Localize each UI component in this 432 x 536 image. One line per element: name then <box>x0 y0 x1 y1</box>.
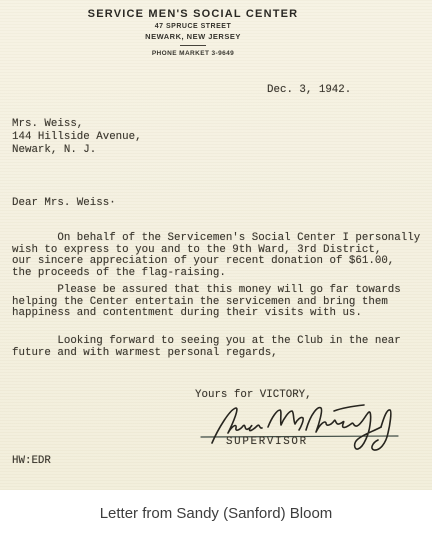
typist-reference: HW:EDR <box>12 456 51 468</box>
body-paragraph-2: Please be assured that this money will g… <box>12 285 401 320</box>
body-paragraph-3: Looking forward to seeing you at the Clu… <box>12 336 401 359</box>
letterhead: SERVICE MEN'S SOCIAL CENTER 47 SPRUCE ST… <box>0 8 386 57</box>
date-line: Dec. 3, 1942. <box>267 85 351 97</box>
body-paragraph-1: On behalf of the Servicemen's Social Cen… <box>12 233 420 280</box>
salutation: Dear Mrs. Weiss· <box>12 198 116 210</box>
letterhead-street: 47 SPRUCE STREET <box>0 23 386 30</box>
letterhead-divider <box>180 45 206 46</box>
letterhead-phone: PHONE MARKET 3-9649 <box>0 50 386 57</box>
recipient-address: Mrs. Weiss, 144 Hillside Avenue, Newark,… <box>12 118 142 157</box>
signature-handwriting <box>188 399 408 459</box>
photo-caption: Letter from Sandy (Sanford) Bloom <box>0 504 432 524</box>
letter-paper: SERVICE MEN'S SOCIAL CENTER 47 SPRUCE ST… <box>0 0 432 490</box>
signature-title: SUPERVISOR <box>226 437 308 449</box>
letter-photo: SERVICE MEN'S SOCIAL CENTER 47 SPRUCE ST… <box>0 0 432 536</box>
letterhead-city: NEWARK, NEW JERSEY <box>0 32 386 41</box>
org-name: SERVICE MEN'S SOCIAL CENTER <box>0 8 386 20</box>
